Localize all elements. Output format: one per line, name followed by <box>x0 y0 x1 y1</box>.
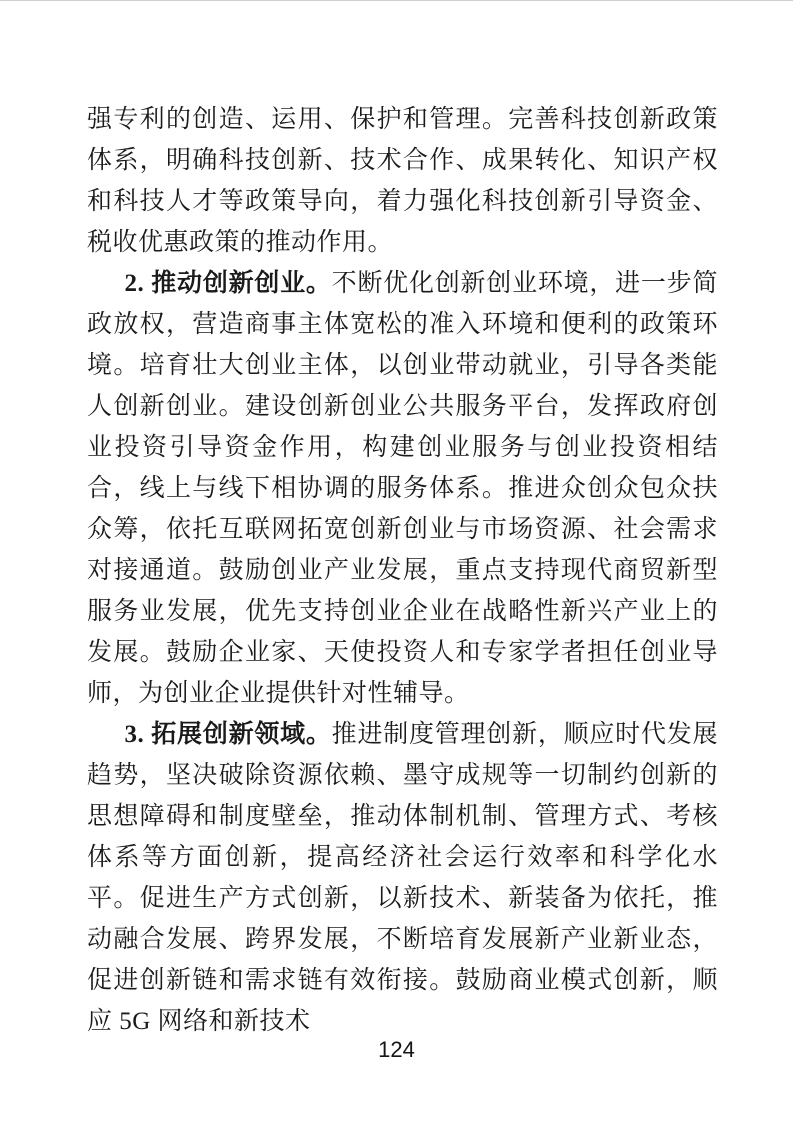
paragraph-section-2-heading: 2. 推动创新创业。 <box>125 270 332 297</box>
paragraph-continuation-text: 强专利的创造、运用、保护和管理。完善科技创新政策体系，明确科技创新、技术合作、成… <box>87 106 718 256</box>
paragraph-section-2: 2. 推动创新创业。不断优化创新创业环境，进一步简政放权，营造商事主体宽松的准入… <box>87 263 718 714</box>
document-page: 强专利的创造、运用、保护和管理。完善科技创新政策体系，明确科技创新、技术合作、成… <box>0 0 793 1122</box>
page-body-text: 强专利的创造、运用、保护和管理。完善科技创新政策体系，明确科技创新、技术合作、成… <box>87 99 718 1042</box>
paragraph-section-2-text: 不断优化创新创业环境，进一步简政放权，营造商事主体宽松的准入环境和便利的政策环境… <box>87 270 718 707</box>
paragraph-section-3-heading: 3. 拓展创新领域。 <box>125 721 332 748</box>
scan-edge-artifact <box>0 0 793 1</box>
page-number: 124 <box>0 1036 793 1064</box>
paragraph-section-3-text: 推进制度管理创新，顺应时代发展趋势，坚决破除资源依赖、墨守成规等一切制约创新的思… <box>87 721 718 1035</box>
paragraph-continuation: 强专利的创造、运用、保护和管理。完善科技创新政策体系，明确科技创新、技术合作、成… <box>87 99 718 263</box>
paragraph-section-3: 3. 拓展创新领域。推进制度管理创新，顺应时代发展趋势，坚决破除资源依赖、墨守成… <box>87 714 718 1042</box>
